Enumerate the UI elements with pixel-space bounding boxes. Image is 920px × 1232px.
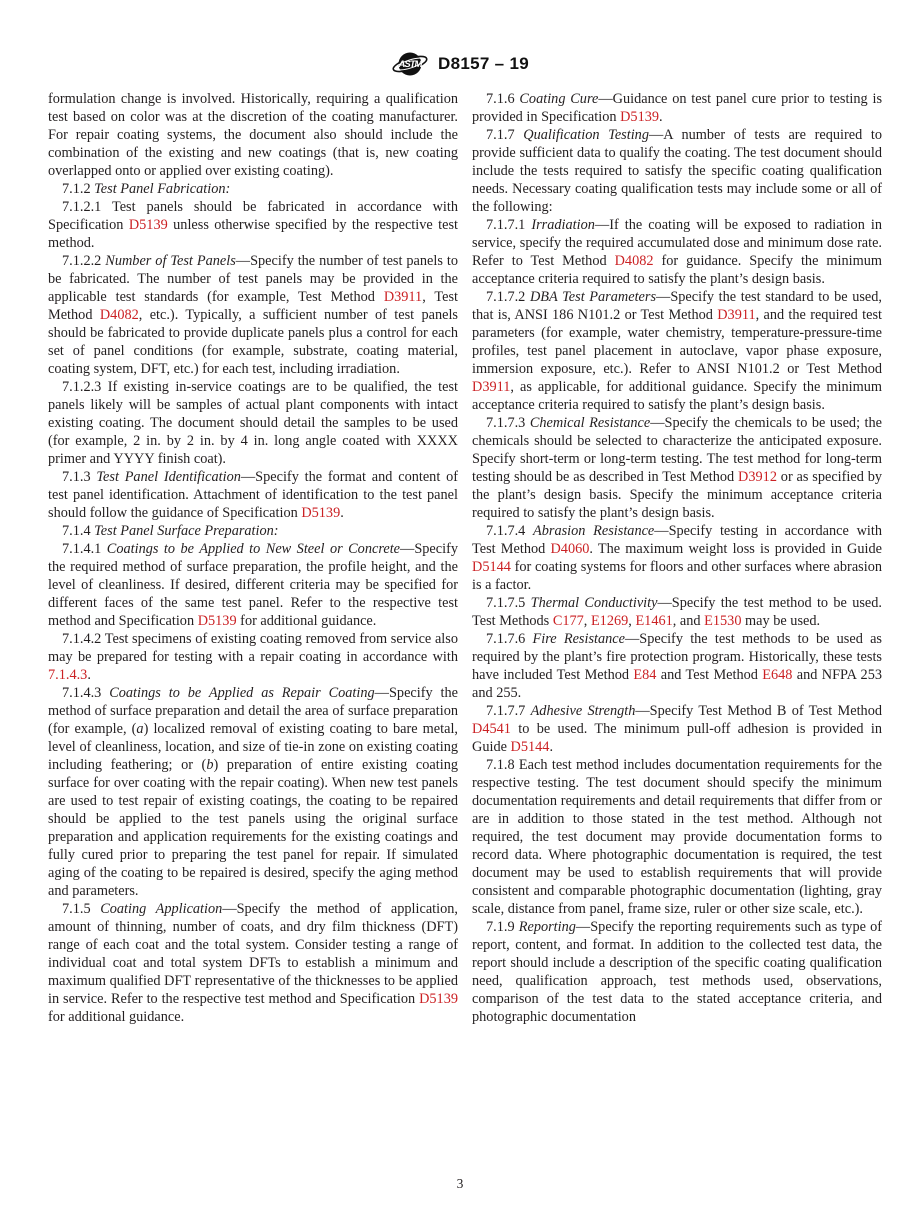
italic-term: Number of Test Panels xyxy=(105,253,235,269)
paragraph-7.1.6: 7.1.6 Coating Cure—Guidance on test pane… xyxy=(472,90,882,126)
text-run: . The maximum weight loss is provided in… xyxy=(589,541,882,557)
italic-term: a xyxy=(136,721,143,737)
italic-term: Qualification Testing xyxy=(523,127,649,143)
paragraph-7.1.9: 7.1.9 Reporting—Specify the reporting re… xyxy=(472,918,882,1026)
paragraph-7.1.2: 7.1.2 Test Panel Fabrication: xyxy=(48,180,458,198)
text-run: . xyxy=(659,109,663,125)
doc-link[interactable]: E1461 xyxy=(635,613,672,629)
doc-link[interactable]: D5144 xyxy=(472,559,511,575)
text-run: 7.1.2.3 If existing in-service coatings … xyxy=(48,379,458,467)
paragraph-7.1.4: 7.1.4 Test Panel Surface Preparation: xyxy=(48,522,458,540)
paragraph-7.1.3: 7.1.3 Test Panel Identification—Specify … xyxy=(48,468,458,522)
text-run: 7.1.2.2 xyxy=(62,253,105,269)
doc-link[interactable]: D5139 xyxy=(129,217,168,233)
text-run: —Specify Test Method B of Test Method xyxy=(635,703,882,719)
text-run: 7.1.8 Each test method includes document… xyxy=(472,757,882,917)
text-run: 7.1.7.2 xyxy=(486,289,530,305)
paragraph-7.1.2.3: 7.1.2.3 If existing in-service coatings … xyxy=(48,378,458,468)
text-run: 7.1.4.1 xyxy=(62,541,107,557)
astm-logo-icon: ASTM xyxy=(391,49,429,79)
doc-link[interactable]: D4082 xyxy=(615,253,654,269)
doc-link[interactable]: D5139 xyxy=(419,991,458,1007)
doc-link[interactable]: C177 xyxy=(553,613,584,629)
italic-term: Abrasion Resistance xyxy=(533,523,654,539)
text-run: 7.1.7.3 xyxy=(486,415,530,431)
page-footer: 3 xyxy=(0,1176,920,1192)
text-run: ) preparation of entire existing coating… xyxy=(48,757,458,899)
text-run: for coating systems for floors and other… xyxy=(472,559,882,593)
text-run: 7.1.7.5 xyxy=(486,595,531,611)
text-run: formulation change is involved. Historic… xyxy=(48,91,458,179)
doc-link[interactable]: D3911 xyxy=(472,379,510,395)
paragraph-7.1.7.2: 7.1.7.2 DBA Test Parameters—Specify the … xyxy=(472,288,882,414)
italic-term: Coating Application xyxy=(100,901,222,917)
paragraph-7.1.4.1: 7.1.4.1 Coatings to be Applied to New St… xyxy=(48,540,458,630)
two-column-body: formulation change is involved. Historic… xyxy=(48,90,882,1026)
doc-link[interactable]: D5139 xyxy=(620,109,659,125)
italic-term: Chemical Resistance xyxy=(530,415,650,431)
paragraph-7.1.7.3: 7.1.7.3 Chemical Resistance—Specify the … xyxy=(472,414,882,522)
italic-term: DBA Test Parameters xyxy=(530,289,656,305)
italic-term: Coatings to be Applied as Repair Coating xyxy=(109,685,374,701)
doc-link[interactable]: D3912 xyxy=(738,469,777,485)
italic-term: Test Panel Identification xyxy=(96,469,240,485)
text-run: 7.1.6 xyxy=(486,91,519,107)
doc-link[interactable]: D5144 xyxy=(511,739,550,755)
doc-link[interactable]: E1269 xyxy=(591,613,628,629)
italic-term: Test Panel Surface Preparation: xyxy=(94,523,278,539)
text-run: . xyxy=(87,667,91,683)
text-run: 7.1.4 xyxy=(62,523,94,539)
text-run: for additional guidance. xyxy=(48,1009,184,1025)
column-right: 7.1.6 Coating Cure—Guidance on test pane… xyxy=(472,90,882,1026)
paragraph-7.1.7.6: 7.1.7.6 Fire Resistance—Specify the test… xyxy=(472,630,882,702)
doc-link[interactable]: E84 xyxy=(633,667,656,683)
text-run: 7.1.7 xyxy=(486,127,523,143)
paragraph-7.1.7: 7.1.7 Qualification Testing—A number of … xyxy=(472,126,882,216)
italic-term: Irradiation xyxy=(531,217,595,233)
doc-link[interactable]: E1530 xyxy=(704,613,741,629)
doc-link[interactable]: D3911 xyxy=(384,289,422,305)
paragraph-7.1.2.1: 7.1.2.1 Test panels should be fabricated… xyxy=(48,198,458,252)
text-run: 7.1.7.7 xyxy=(486,703,531,719)
paragraph-7.1.4.2: 7.1.4.2 Test specimens of existing coati… xyxy=(48,630,458,684)
text-run: 7.1.4.3 xyxy=(62,685,109,701)
doc-link[interactable]: D5139 xyxy=(301,505,340,521)
paragraph-7.1.4.3: 7.1.4.3 Coatings to be Applied as Repair… xyxy=(48,684,458,900)
doc-link[interactable]: E648 xyxy=(762,667,792,683)
paragraph-7.1.7.7: 7.1.7.7 Adhesive Strength—Specify Test M… xyxy=(472,702,882,756)
text-run: 7.1.9 xyxy=(486,919,519,935)
text-run: 7.1.5 xyxy=(62,901,100,917)
doc-link[interactable]: D3911 xyxy=(717,307,755,323)
document-page: ASTM D8157 – 19 formulation change is in… xyxy=(0,0,920,1232)
italic-term: Coating Cure xyxy=(519,91,598,107)
text-run: . xyxy=(340,505,344,521)
italic-term: Adhesive Strength xyxy=(531,703,636,719)
text-run: , xyxy=(584,613,591,629)
text-run: 7.1.4.2 Test specimens of existing coati… xyxy=(48,631,458,665)
paragraph-7.1.5: 7.1.5 Coating Application—Specify the me… xyxy=(48,900,458,1026)
doc-link[interactable]: D4541 xyxy=(472,721,511,737)
paragraph-7.1.2.2: 7.1.2.2 Number of Test Panels—Specify th… xyxy=(48,252,458,378)
italic-term: Test Panel Fabrication: xyxy=(94,181,230,197)
doc-link[interactable]: D5139 xyxy=(198,613,237,629)
text-run: 7.1.7.1 xyxy=(486,217,531,233)
text-run: 7.1.3 xyxy=(62,469,96,485)
italic-term: Thermal Conductivity xyxy=(531,595,658,611)
text-run: , as applicable, for additional guidance… xyxy=(472,379,882,413)
standard-designation: D8157 – 19 xyxy=(438,54,529,74)
italic-term: Coatings to be Applied to New Steel or C… xyxy=(107,541,400,557)
text-run: may be used. xyxy=(741,613,820,629)
italic-term: Reporting xyxy=(519,919,576,935)
text-run: 7.1.7.6 xyxy=(486,631,533,647)
text-run: and Test Method xyxy=(656,667,762,683)
paragraph-7.1.7.1: 7.1.7.1 Irradiation—If the coating will … xyxy=(472,216,882,288)
text-run: 7.1.7.4 xyxy=(486,523,533,539)
doc-link[interactable]: D4082 xyxy=(100,307,139,323)
paragraph-cont: formulation change is involved. Historic… xyxy=(48,90,458,180)
paragraph-7.1.7.4: 7.1.7.4 Abrasion Resistance—Specify test… xyxy=(472,522,882,594)
page-header: ASTM D8157 – 19 xyxy=(0,48,920,80)
paragraph-7.1.7.5: 7.1.7.5 Thermal Conductivity—Specify the… xyxy=(472,594,882,630)
paragraph-7.1.8: 7.1.8 Each test method includes document… xyxy=(472,756,882,918)
text-run: 7.1.2 xyxy=(62,181,94,197)
text-run: for additional guidance. xyxy=(237,613,377,629)
page-number: 3 xyxy=(457,1176,464,1191)
column-left: formulation change is involved. Historic… xyxy=(48,90,458,1026)
italic-term: Fire Resistance xyxy=(533,631,625,647)
text-run: . xyxy=(549,739,553,755)
doc-link[interactable]: 7.1.4.3 xyxy=(48,667,87,683)
svg-text:ASTM: ASTM xyxy=(398,59,424,70)
doc-link[interactable]: D4060 xyxy=(550,541,589,557)
text-run: , and xyxy=(673,613,704,629)
